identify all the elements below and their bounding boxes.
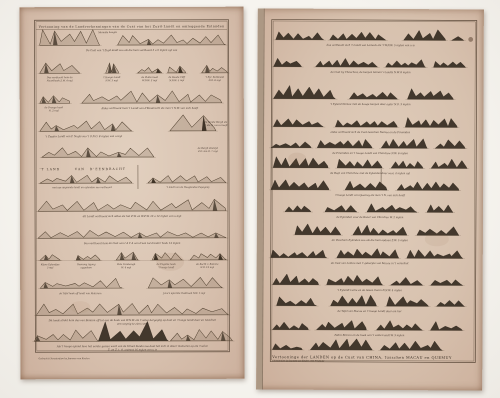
coast-profile [273, 119, 323, 127]
plate-left: Vertooning van de Landverkenningen van d… [20, 7, 245, 380]
coast-profile [327, 275, 383, 285]
coast-profile [148, 175, 226, 183]
coast-profile [367, 204, 417, 213]
coast-profile [38, 230, 226, 238]
paper-stain [288, 153, 306, 165]
coast-profile [317, 139, 372, 148]
coast-profile [285, 206, 311, 212]
engraved-caption: de Piramides en 't hooge Landt van Chinc… [332, 152, 408, 155]
engraved-caption: W. 4 myl [121, 266, 131, 269]
engraved-caption: de Cust van Lantao met 't gebergte van M… [331, 262, 410, 265]
coast-profile [40, 278, 122, 288]
engraved-caption: De Cust van 't Zuyd-landt soo als die he… [85, 49, 178, 52]
engraved-caption: 'T LAND [40, 167, 61, 171]
engraved-caption: 't Zuyder Landt van P. Nuyts soo 't O.N.… [45, 135, 123, 138]
engraved-caption: aldus verthoont sich de Cust tusschen Na… [331, 131, 411, 134]
engraved-caption: 't Eylandt Lema en de Asses Ooren N.N.W.… [337, 289, 402, 292]
coast-profile [310, 339, 372, 350]
engraved-caption: N.N.W. 5 myl [168, 79, 184, 82]
coast-profile [345, 181, 387, 190]
coast-profile [106, 63, 119, 73]
coast-profile [380, 341, 442, 350]
coast-profile [331, 295, 377, 306]
coast-profile [452, 36, 464, 40]
coast-profile [337, 248, 399, 258]
engraved-caption: Aldus verthoont hem 't Landt van d'Eendr… [100, 107, 199, 110]
engraved-caption: 5 myl [47, 266, 54, 269]
engraved-caption: D'EENDRACHT [90, 167, 126, 171]
coast-profile [434, 61, 466, 67]
coast-profile [386, 59, 426, 67]
coast-profile [337, 159, 382, 168]
plate-right: dus verthoont sich 't Landt van Lamock a… [256, 9, 484, 391]
plate-right-subcaption: t'Amsterdam by Joannes van Keulen, met P… [272, 359, 325, 362]
engraved-caption: N.O. 6 myl [208, 79, 221, 82]
engraved-caption: Pedra Branca en de hoek van 't vaste Lan… [333, 334, 404, 337]
engraved-caption: Java's uyterste Oosthoek N.W. 5 myl [162, 292, 205, 295]
engraved-caption: de Bogt van Chinchew met de Eylanden dae… [330, 172, 411, 175]
engraved-caption: Noordhoek Z.W. 4 myl [46, 79, 73, 82]
coast-profile [407, 250, 463, 259]
paper-stain [156, 253, 184, 271]
coast-profile [381, 139, 427, 149]
plate-right-caption: Vertooninge der LANDEN op de Cust van CH… [271, 355, 452, 360]
coast-profile [427, 205, 453, 213]
coast-profile [405, 117, 457, 127]
coast-profile [82, 91, 222, 103]
engraved-caption: dit Landt verthoont sich aldus als het Z… [83, 215, 183, 218]
coast-profile [40, 175, 132, 183]
engraved-caption: de Cust by Chaochow, de bergen binnen 's… [331, 71, 411, 74]
coast-profile [38, 199, 226, 211]
engraved-caption: de Visschers Eylanden soo als die hem op… [332, 239, 409, 242]
coast-profile [273, 274, 319, 285]
coast-profile [148, 277, 222, 288]
title-rule [36, 29, 227, 30]
coast-profile [397, 182, 459, 191]
coast-profile [431, 280, 463, 286]
coast-profile [168, 66, 186, 73]
coast-profile [276, 32, 324, 40]
coast-profile-rows: dus verthoont sich 't Landt van Lamock a… [268, 29, 469, 351]
coast-profile [118, 35, 226, 45]
engraved-caption: opgedaen [81, 266, 93, 269]
coast-profile [353, 225, 407, 235]
ink-blot [468, 37, 473, 42]
engraved-caption: Soo verthoont hem de Cust van I A V A va… [84, 242, 181, 245]
coast-profile [431, 159, 467, 168]
coast-profile-rows: De Cust van 't Zuyd-landt soo als die he… [32, 29, 235, 352]
coast-profile [40, 30, 100, 46]
coast-profile [316, 58, 378, 67]
plate-left-engraving: Vertooning van de Landverkenningen van d… [20, 7, 245, 380]
plate-left-imprint: Gedruckt t'Amsterdam by Joannes van Keul… [38, 357, 90, 360]
paper-stain [70, 301, 90, 313]
coast-profile [40, 255, 60, 261]
coast-profile [335, 120, 397, 127]
engraved-caption: Z. en Z. t. O. ontrent 16 mylen van u is [107, 349, 158, 352]
coast-profile [295, 224, 341, 235]
engraved-caption: N.O. 12 myl [199, 266, 214, 269]
engraved-caption: W.N.W. 2 myl [142, 79, 157, 82]
engraved-caption: de Eylanden voor de Rivier van Chincheo … [336, 216, 403, 219]
coast-profile [274, 58, 302, 66]
coast-profile [437, 300, 465, 306]
engraved-caption: 't Eyland Namoa met de hooge bergen daer… [330, 103, 411, 106]
coast-profile [330, 32, 386, 40]
coast-profile [40, 121, 132, 131]
coast-profile [349, 92, 397, 99]
coast-profile [277, 297, 317, 306]
engraved-caption: VAN [74, 167, 85, 171]
engraved-caption: de Tafel hoek off landt van Mataram [59, 292, 102, 295]
plate-right-engraving: dus verthoont sich 't Landt van Lamock a… [256, 9, 484, 391]
coast-profile [430, 321, 462, 330]
coast-profile [325, 205, 357, 212]
coast-profile [376, 321, 422, 331]
coast-profile [271, 180, 329, 190]
engraved-caption: Z.O. ten O. 7 myl [197, 150, 218, 153]
engraved-caption: 't landt van de Hooglandse Papegaey [166, 186, 210, 189]
engraved-caption: 't hooge Landt van Quemuy als men 't N. … [335, 194, 406, 197]
coast-profile [391, 161, 423, 168]
coast-profile [404, 30, 446, 41]
engraved-caption: N. 2 myl [48, 109, 59, 112]
paper-stain [425, 232, 449, 246]
engraved-caption: Monniks hoogte [97, 31, 117, 34]
engraved-caption: N.W. 3 myl [104, 79, 118, 82]
coast-profile [36, 303, 228, 315]
coast-profile [407, 89, 453, 100]
coast-profile [391, 277, 423, 285]
engraved-caption: met syn opgaende landt en eylanden soo v… [52, 186, 112, 189]
engraved-caption: een weynig te zien comt [117, 323, 149, 326]
coast-profile [271, 250, 327, 258]
scan-background: Vertooning van de Landverkenningen van d… [0, 0, 500, 398]
engraved-caption: U die N. van u heeft [204, 124, 228, 127]
coast-profile [271, 142, 311, 148]
coast-profile [34, 330, 98, 341]
coast-profile [272, 322, 308, 330]
engraved-caption: dus verthoont sich 't Landt van Lamock a… [327, 44, 416, 47]
plate-left-title: Vertooning van de Landverkenningen van d… [38, 24, 225, 28]
coast-profile [272, 344, 302, 350]
coast-profile [387, 297, 429, 307]
coast-profile [273, 85, 335, 98]
coast-profile [435, 140, 465, 149]
coast-profile [42, 148, 154, 158]
engraved-caption: de Tafel van Macau en 't hooge Landt dae… [337, 310, 402, 313]
coast-profile [316, 320, 366, 330]
